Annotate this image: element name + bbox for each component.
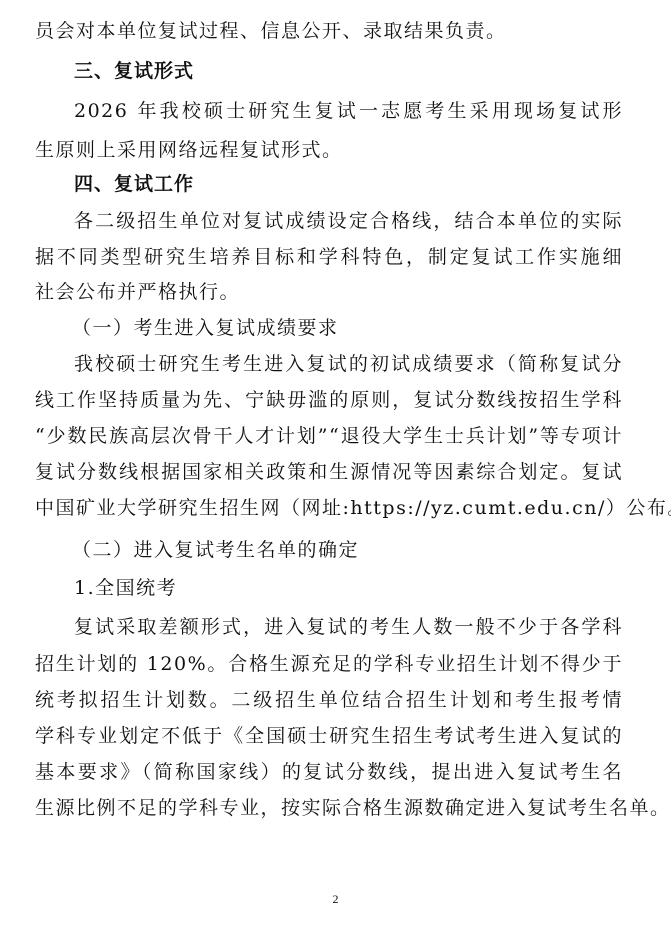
paragraph-line: 生原则上采用网络远程复试形式。 bbox=[35, 138, 623, 162]
paragraph-line: 据不同类型研究生培养目标和学科特色，制定复试工作实施细则，提前对 bbox=[35, 245, 623, 269]
paragraph-line: 学科专业划定不低于《全国硕士研究生招生考试考生进入复试的初试成绩 bbox=[35, 724, 623, 748]
subsection-heading-2: （二）进入复试考生名单的确定 bbox=[72, 538, 660, 562]
page-number: 2 bbox=[0, 892, 671, 907]
paragraph-line: 各二级招生单位对复试成绩设定合格线，结合本单位的实际情况，根 bbox=[74, 209, 623, 233]
paragraph-line: 生源比例不足的学科专业，按实际合格生源数确定进入复试考生名单。 bbox=[35, 796, 623, 820]
paragraph-line: 复试分数线根据国家相关政策和生源情况等因素综合划定。复试分数线在 bbox=[35, 460, 623, 484]
item-heading: 1.全国统考 bbox=[74, 576, 623, 600]
paragraph-line: 2026 年我校硕士研究生复试一志愿考生采用现场复试形式，调剂考 bbox=[74, 99, 623, 123]
paragraph-line: 中国矿业大学研究生招生网（网址:https://yz.cumt.edu.cn/）… bbox=[35, 496, 623, 520]
section-heading-4: 四、复试工作 bbox=[74, 172, 623, 196]
section-heading-3: 三、复试形式 bbox=[74, 59, 623, 83]
paragraph-line: 统考拟招生计划数。二级招生单位结合招生计划和考生报考情况，按招生 bbox=[35, 688, 623, 712]
paragraph-line: 我校硕士研究生考生进入复试的初试成绩要求（简称复试分数线）划 bbox=[74, 352, 623, 376]
paragraph-line: 员会对本单位复试过程、信息公开、录取结果负责。 bbox=[35, 19, 623, 43]
paragraph-line: 招生计划的 120%。合格生源充足的学科专业招生计划不得少于已公布的 bbox=[35, 652, 623, 676]
paragraph-line: 社会公布并严格执行。 bbox=[35, 280, 623, 304]
paragraph-line: “少数民族高层次骨干人才计划”“退役大学生士兵计划”等专项计划的 bbox=[35, 424, 623, 448]
paragraph-line: 线工作坚持质量为先、宁缺毋滥的原则，复试分数线按招生学科专业划定， bbox=[35, 388, 623, 412]
paragraph-line: 复试采取差额形式，进入复试的考生人数一般不少于各学科专业统考 bbox=[74, 615, 623, 639]
paragraph-line: 基本要求》（简称国家线）的复试分数线，提出进入复试考生名单。合格 bbox=[35, 760, 623, 784]
subsection-heading-1: （一）考生进入复试成绩要求 bbox=[72, 316, 660, 340]
document-page: 员会对本单位复试过程、信息公开、录取结果负责。 三、复试形式 2026 年我校硕… bbox=[0, 0, 671, 925]
